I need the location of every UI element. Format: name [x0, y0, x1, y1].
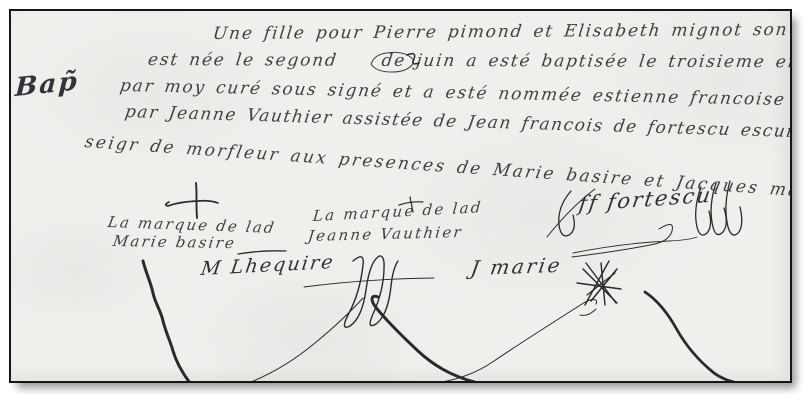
- record-text-line-4: par Jeanne Vauthier assistée de Jean fra…: [123, 102, 792, 143]
- jmarie-paraph-crosshatch: [577, 261, 621, 315]
- pen-stroke-center-thick: [372, 296, 478, 381]
- witness-mark-label-jeanne-vauthier: La marque de lad: [312, 198, 483, 225]
- signature-fortescu: ff fortescu: [577, 183, 714, 216]
- witness-mark-name-marie-basire: Marie basire: [112, 232, 238, 252]
- record-text-line-2-after-blot: de juin a esté baptisée le troisieme ens…: [380, 51, 792, 73]
- signature-lhequire: M Lhequire: [199, 251, 336, 280]
- record-frame: Bap̃ Une fille pour Pierre pimond et Eli…: [9, 9, 792, 383]
- cross-mark-icon: [166, 183, 218, 218]
- margin-baptism-label: Bap̃: [14, 66, 79, 102]
- pen-stroke-lhequire-tail-thin: [251, 298, 363, 381]
- record-text-line-1: Une fille pour Pierre pimond et Elisabet…: [212, 19, 792, 44]
- pen-stroke-right-thick: [645, 292, 737, 381]
- scanned-register-page: Bap̃ Une fille pour Pierre pimond et Eli…: [0, 0, 807, 394]
- record-text-line-2: est née le segondde juin a esté baptisée…: [147, 50, 792, 73]
- witness-mark-name-jeanne-vauthier: Jeanne Vauthier: [307, 223, 464, 245]
- record-text-line-2-before-blot: est née le segond: [147, 50, 339, 71]
- pen-stroke-center-thin: [437, 300, 597, 382]
- pen-stroke-left-thick: [143, 261, 190, 381]
- signature-jmarie: J marie: [469, 253, 564, 280]
